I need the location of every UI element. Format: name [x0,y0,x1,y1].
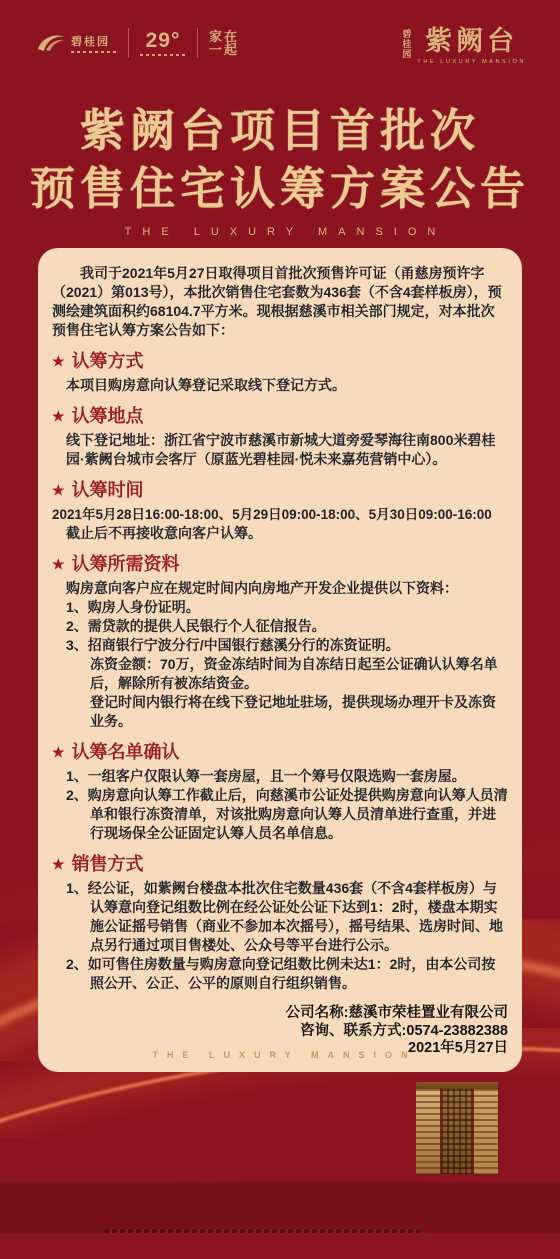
star-icon: ★ [52,351,65,372]
badge-29: 29° [140,31,186,56]
poster-title: 紫阙台项目首批次 预售住宅认筹方案公告 THE LUXURY MANSION [0,102,560,238]
header-left-logos: 碧桂园 29° 家在 一起 [34,28,239,58]
star-icon: ★ [52,554,65,575]
list-item: 1、一组客户仅限认筹一套房屋，且一个筹号仅限选购一套房屋。 [66,767,508,786]
title-line-2: 预售住宅认筹方案公告 [0,160,560,218]
building-tower-center [441,1089,473,1174]
logo-divider [197,28,198,58]
brand-subtext-line [71,51,117,53]
building-illustration [416,1082,498,1174]
fine-print-line [104,1229,420,1233]
title-line-1: 紫阙台项目首批次 [0,102,560,160]
section-title-name-list-confirmation: ★ 认筹名单确认 [52,742,508,763]
project-brand-small: 碧桂园 [400,29,413,59]
section-title-text: 认筹所需资料 [72,554,180,575]
list-subitem: 冻资金额：70万，资金冻结时间为自冻结日起至公证确认认筹名单后，解除所有被冻结资… [90,655,508,693]
star-icon: ★ [52,742,65,763]
home-together-logo: 家在 一起 [209,30,239,56]
announcement-poster: 碧桂园 29° 家在 一起 碧桂园 紫阙台 THE LUXURY MANSION… [0,0,560,1259]
section-title-text: 销售方式 [72,854,144,875]
section-title-registration-place: ★ 认筹地点 [52,406,508,427]
card-footer-english: THE LUXURY MANSION [38,1046,522,1065]
section-body: 线下登记地址：浙江省宁波市慈溪市新城大道旁爱琴海往南800米碧桂园·紫阙台城市会… [66,431,508,469]
section-title-registration-method: ★ 认筹方式 [52,351,508,372]
phoenix-swoosh-icon [34,29,66,57]
badge-29-text: 29° [146,31,181,51]
project-logo: 碧桂园 紫阙台 THE LUXURY MANSION [400,26,526,65]
list-item: 3、招商银行宁波分行/中国银行慈溪分行的冻资证明。 [66,636,508,655]
section-title-registration-time: ★ 认筹时间 [52,480,508,501]
list-subitem: 登记时间内银行将在线下登记地址驻场，提供现场办理开卡及冻资业务。 [90,693,508,731]
star-icon: ★ [52,480,65,501]
slogan-line2: 一起 [209,43,239,56]
building-tower-right [474,1089,498,1174]
title-english: THE LUXURY MANSION [0,226,560,238]
list-item: 1、购房人身份证明。 [66,598,508,617]
section-title-text: 认筹地点 [72,406,144,427]
list-item: 2、需贷款的提供人民银行个人征信报告。 [66,617,508,636]
badge-subtext-line [140,54,186,56]
company-name: 公司名称:慈溪市荣桂置业有限公司 [52,1005,508,1023]
building-tower-left [416,1089,440,1174]
country-garden-logo: 碧桂园 [34,29,117,57]
section-title-text: 认筹方式 [72,351,144,372]
star-icon: ★ [52,854,65,875]
intro-paragraph: 我司于2021年5月27日取得项目首批次预售许可证（甬慈房预许字（2021）第0… [52,264,508,340]
section-title-sales-method: ★ 销售方式 [52,854,508,875]
section-title-text: 认筹名单确认 [72,742,180,763]
project-name-en: THE LUXURY MANSION [417,59,526,65]
section-body: 本项目购房意向认筹登记采取线下登记方式。 [66,376,508,395]
section-title-text: 认筹时间 [72,480,144,501]
registration-time-line: 2021年5月28日16:00-18:00、5月29日09:00-18:00、5… [52,505,508,524]
list-item: 2、购房意向认筹工作截止后，向慈溪市公证处提供购房意向认筹人员清单和银行冻资清单… [66,786,508,843]
list-item: 2、如可售住房数量与购房意向登记组数比例未达1：2时，由本公司按照公开、公正、公… [66,955,508,993]
section-title-required-documents: ★ 认筹所需资料 [52,554,508,575]
announcement-card: 我司于2021年5月27日取得项目首批次预售许可证（甬慈房预许字（2021）第0… [38,248,522,1072]
star-icon: ★ [52,406,65,427]
section-lead: 购房意向客户应在规定时间内向房地产开发企业提供以下资料： [66,579,508,598]
building-crown [416,1082,498,1089]
project-name-text: 紫阙台 [425,26,518,56]
brand-name-text: 碧桂园 [71,33,117,49]
list-item: 1、经公证，如紫阙台楼盘本批次住宅数量436套（不含4套样板房）与认筹意向登记组… [66,879,508,955]
section-body: 截止后不再接收意向客户认筹。 [66,524,508,543]
company-contact: 咨询、联系方式:0574-23882388 [52,1023,508,1041]
logo-divider [128,28,129,58]
